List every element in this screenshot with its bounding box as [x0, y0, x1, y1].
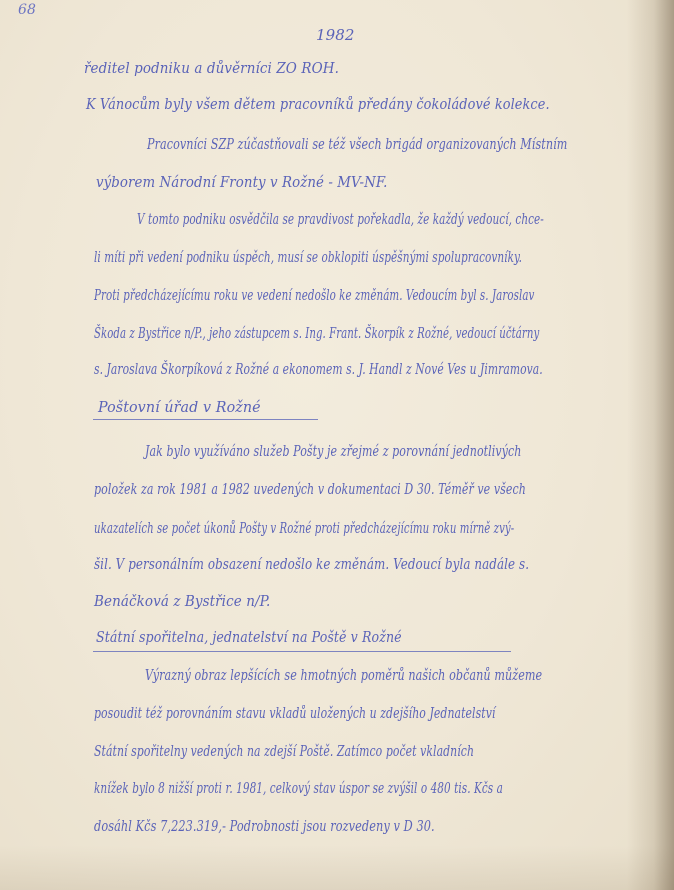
text-line: posoudit též porovnáním stavu vkladů ulo…: [94, 706, 495, 722]
text-line: V tomto podniku osvědčila se pravdivost …: [137, 212, 544, 228]
text-line: knížek bylo 8 nižší proti r. 1981, celko…: [94, 781, 503, 797]
text-line: ředitel podniku a důvěrníci ZO ROH.: [84, 61, 339, 77]
text-line: Státní spořitelny vedených na zdejší Poš…: [94, 744, 474, 760]
text-line: ukazatelích se počet úkonů Pošty v Rožné…: [94, 521, 514, 537]
page-number: 68: [18, 2, 36, 18]
year-heading: 1982: [316, 26, 355, 44]
handwritten-chronicle-page: 68 1982 ředitel podniku a důvěrníci ZO R…: [0, 0, 674, 890]
text-line: Jak bylo využíváno služeb Pošty je zřejm…: [145, 444, 521, 460]
section-heading-savings-bank: Státní spořitelna, jednatelství na Poště…: [96, 628, 402, 646]
text-line: Škoda z Bystřice n/P., jeho zástupcem s.…: [94, 326, 539, 342]
section-heading-post-office: Poštovní úřad v Rožné: [98, 398, 261, 416]
text-line: položek za rok 1981 a 1982 uvedených v d…: [94, 482, 526, 498]
text-line: výborem Národní Fronty v Rožné - MV-NF.: [96, 175, 387, 191]
text-line: šil. V personálním obsazení nedošlo ke z…: [94, 557, 529, 573]
text-line: K Vánocům byly všem dětem pracovníků pře…: [86, 97, 550, 113]
heading-underline: [93, 419, 318, 420]
text-line: Proti předcházejícímu roku ve vedení ned…: [94, 288, 534, 304]
text-line: Výrazný obraz lepšících se hmotných pomě…: [145, 668, 542, 684]
heading-underline: [93, 651, 511, 652]
text-line: Benáčková z Bystřice n/P.: [94, 594, 270, 610]
text-line: dosáhl Kčs 7,223.319,- Podrobnosti jsou …: [94, 819, 435, 835]
text-line: s. Jaroslava Škorpíková z Rožné a ekonom…: [94, 362, 543, 378]
text-line: Pracovníci SZP zúčastňovali se též všech…: [147, 137, 567, 153]
text-line: li míti při vedení podniku úspěch, musí …: [94, 250, 522, 266]
